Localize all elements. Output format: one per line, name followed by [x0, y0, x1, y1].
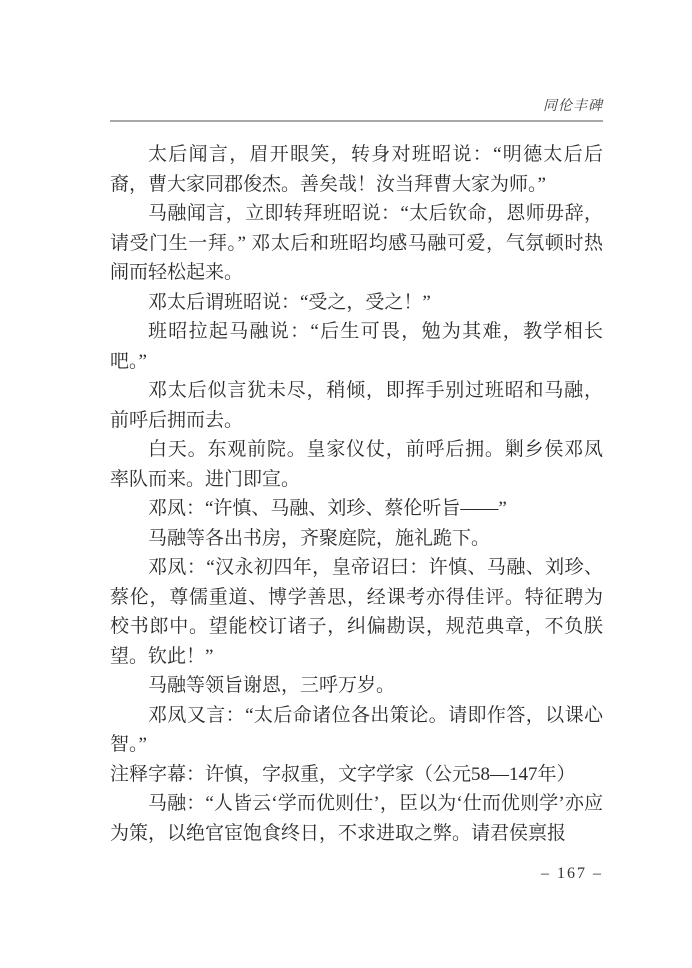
- paragraph: 白天。东观前院。皇家仪仗，前呼后拥。剿乡侯邓凤率队而来。进门即宣。: [110, 435, 603, 494]
- paragraph: 邓太后谓班昭说：“受之，受之！”: [110, 288, 603, 318]
- paragraph: 邓太后似言犹未尽，稍倾，即挥手别过班昭和马融，前呼后拥而去。: [110, 376, 603, 435]
- paragraph: 班昭拉起马融说：“后生可畏，勉为其难，教学相长吧。”: [110, 317, 603, 376]
- paragraph: 马融等领旨谢恩，三呼万岁。: [110, 671, 603, 701]
- paragraph: 邓凤：“许慎、马融、刘珍、蔡伦听旨——”: [110, 494, 603, 524]
- paragraph: 马融等各出书房，齐聚庭院，施礼跪下。: [110, 524, 603, 554]
- paragraph: 邓凤又言：“太后命诸位各出策论。请即作答，以课心智。”: [110, 701, 603, 760]
- running-title: 同伦丰碑: [110, 0, 603, 117]
- paragraph: 太后闻言，眉开眼笑，转身对班昭说：“明德太后后裔，曹大家同郡俊杰。善矣哉！汝当拜…: [110, 140, 603, 199]
- paragraph: 马融闻言，立即转拜班昭说：“太后钦命，恩师毋辞，请受门生一拜。” 邓太后和班昭均…: [110, 199, 603, 288]
- paragraph-annotation: 注释字幕：许慎，字叔重，文字学家（公元58—147年）: [110, 760, 603, 790]
- page-number: – 167 –: [541, 864, 603, 884]
- header-rule: [110, 120, 603, 122]
- page-content: 同伦丰碑 太后闻言，眉开眼笑，转身对班昭说：“明德太后后裔，曹大家同郡俊杰。善矣…: [110, 0, 603, 848]
- paragraph: 马融：“人皆云‘学而优则仕’，臣以为‘仕而优则学’亦应为策，以绝官宦饱食终日，不…: [110, 789, 603, 848]
- page-body: 太后闻言，眉开眼笑，转身对班昭说：“明德太后后裔，曹大家同郡俊杰。善矣哉！汝当拜…: [110, 140, 603, 848]
- paragraph: 邓凤：“汉永初四年，皇帝诏曰：许慎、马融、刘珍、蔡伦，尊儒重道、博学善思，经课考…: [110, 553, 603, 671]
- book-page: 同伦丰碑 太后闻言，眉开眼笑，转身对班昭说：“明德太后后裔，曹大家同郡俊杰。善矣…: [0, 0, 692, 968]
